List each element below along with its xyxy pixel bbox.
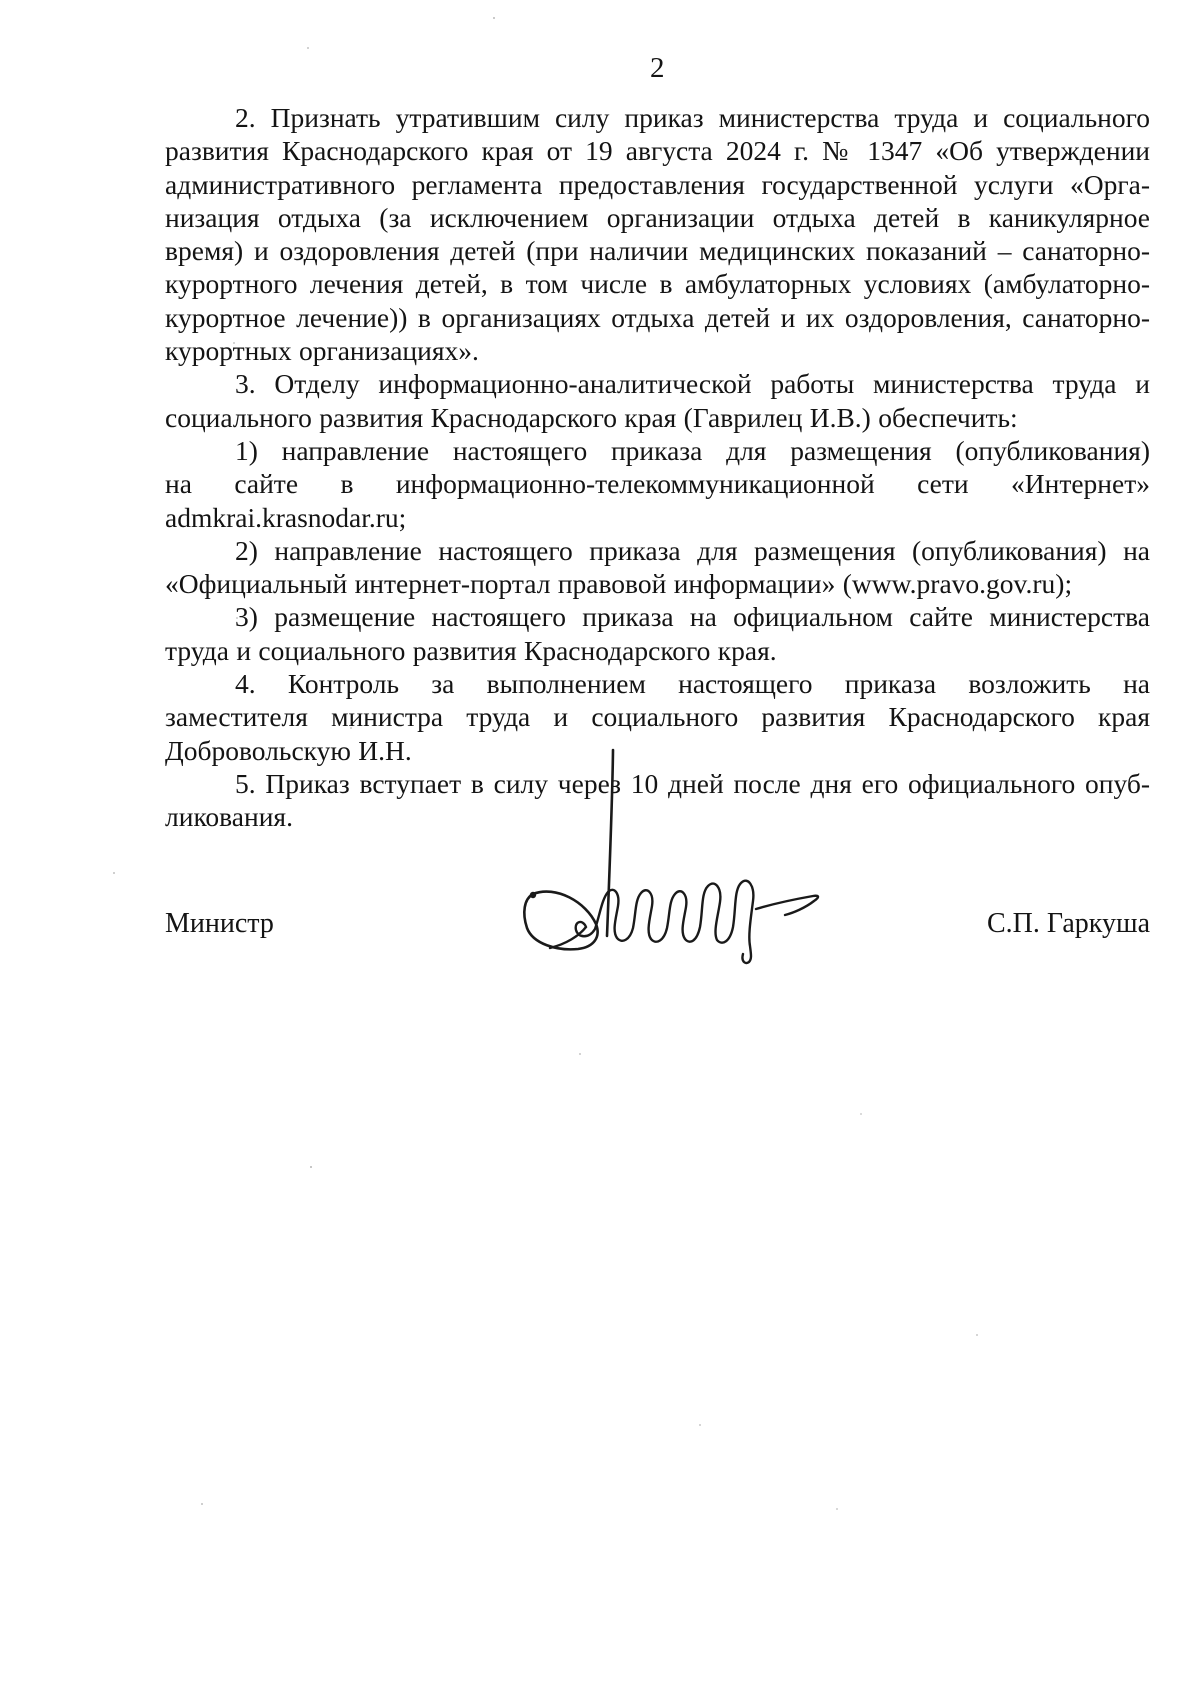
document-page: 2 2. Признать утратившим силу приказ мин… xyxy=(0,0,1200,1696)
text-line: 3) размещение настоящего приказа на офиц… xyxy=(165,600,1150,633)
text-line: социального развития Краснодарского края… xyxy=(165,401,1150,434)
text-line: курортного лечения детей, в том числе в … xyxy=(165,267,1150,300)
text-line: 4. Контроль за выполнением настоящего пр… xyxy=(165,667,1150,700)
signer-name: С.П. Гаркуша xyxy=(987,907,1150,940)
page-number: 2 xyxy=(165,52,1150,85)
text-line: курортное лечение)) в организациях отдых… xyxy=(165,301,1150,334)
document-body: 2. Признать утратившим силу приказ минис… xyxy=(165,101,1150,834)
text-line: «Официальный интернет-портал правовой ин… xyxy=(165,567,1150,600)
text-line: развития Краснодарского края от 19 авгус… xyxy=(165,134,1150,167)
text-line: низация отдыха (за исключением организац… xyxy=(165,201,1150,234)
text-line: ликования. xyxy=(165,800,1150,833)
text-line: административного регламента предоставле… xyxy=(165,168,1150,201)
text-line: 2) направление настоящего приказа для ра… xyxy=(165,534,1150,567)
text-line: 1) направление настоящего приказа для ра… xyxy=(165,434,1150,467)
text-line: время) и оздоровления детей (при наличии… xyxy=(165,234,1150,267)
text-line: на сайте в информационно-телекоммуникаци… xyxy=(165,467,1150,500)
text-line: труда и социального развития Краснодарск… xyxy=(165,634,1150,667)
scan-noise-specks xyxy=(493,17,495,19)
text-line: заместителя министра труда и социального… xyxy=(165,700,1150,733)
signer-position-label: Министр xyxy=(165,907,274,940)
text-line: admkrai.krasnodar.ru; xyxy=(165,501,1150,534)
text-line: 2. Признать утратившим силу приказ минис… xyxy=(165,101,1150,134)
text-line: 5. Приказ вступает в силу через 10 дней … xyxy=(165,767,1150,800)
signature-block: Министр С.П. Гаркуша xyxy=(165,907,1150,940)
text-line: 3. Отделу информационно-аналитической ра… xyxy=(165,367,1150,400)
text-line: Добровольскую И.Н. xyxy=(165,734,1150,767)
text-line: курортных организациях». xyxy=(165,334,1150,367)
